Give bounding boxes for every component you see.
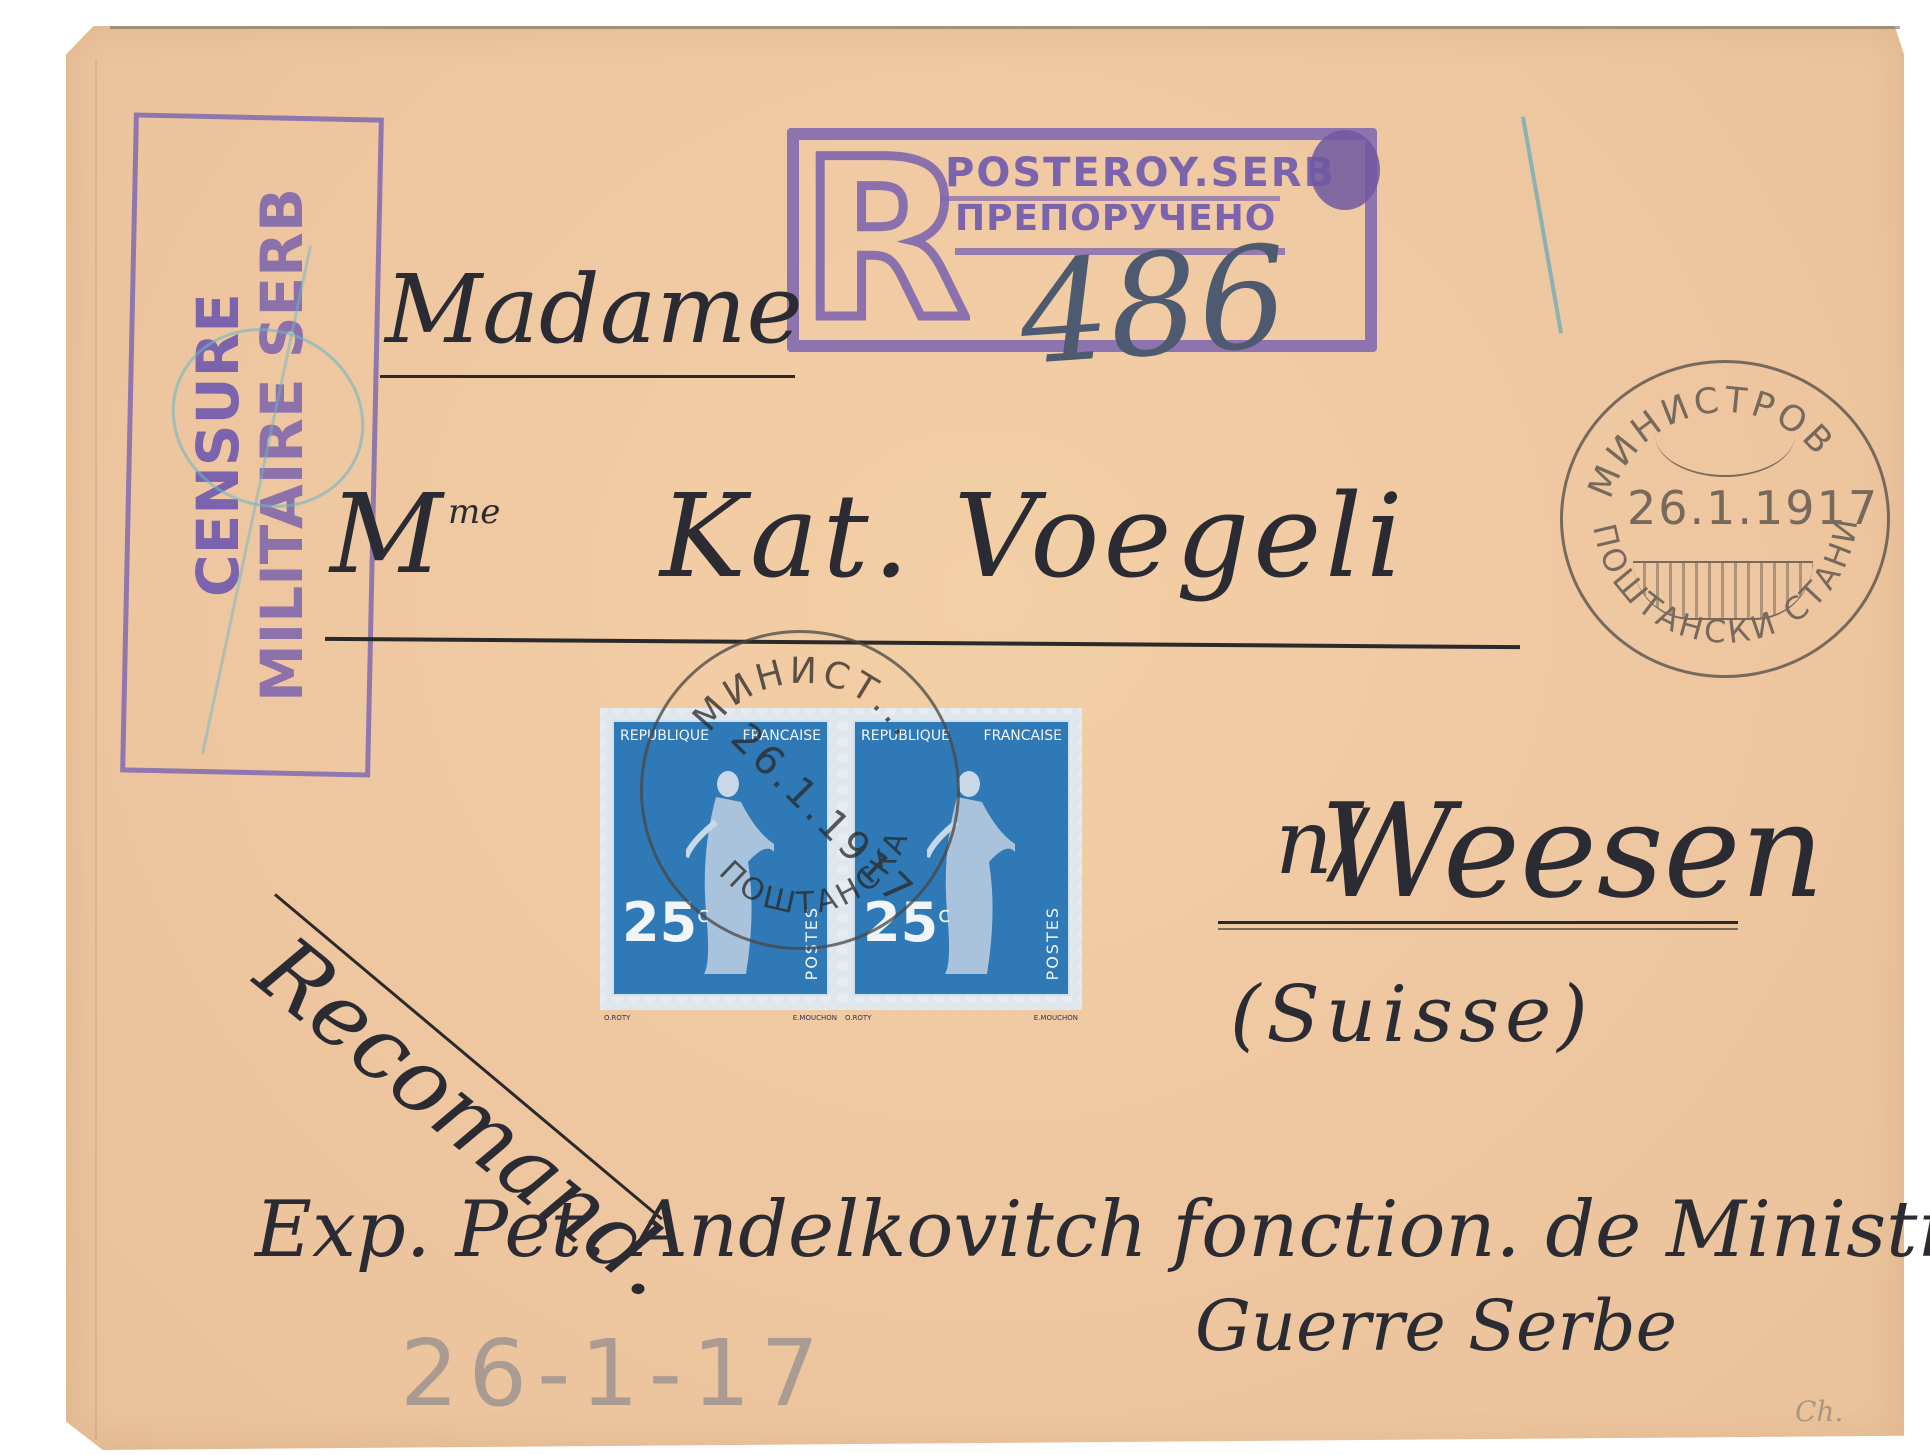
country: (Suisse) [1230,970,1594,1060]
pencil-note: Ch. [1795,1395,1843,1428]
stamp-label: POSTES [1043,906,1062,980]
registration-office: POSTEROY.SERB [945,150,1336,196]
stamp-country-right: FRANCAISE [984,728,1062,744]
underline [1218,921,1738,924]
envelope-fold [95,60,97,1440]
envelope-top-edge [110,26,1900,29]
addressee-name: Kat. Voegeli [660,470,1407,604]
postmark-ring-text: МИНИСТ... ПОШТАНСКА 26.1.1917 [643,633,963,953]
stamp-imprint-left: O.ROTY [845,1014,871,1022]
city: Weesen [1320,775,1824,927]
addressee-title: M [330,470,443,598]
stamp-imprint-left: O.ROTY [604,1014,630,1022]
underline [1218,928,1738,930]
postmark-right: МИНИСТРОВ ПОШТАНСКИ СТАНИЦА 26.1.1917 [1560,360,1890,678]
stamp-imprint-right: E.MOUCHON [1034,1014,1078,1022]
pencil-date: 26-1-17 [400,1320,829,1427]
ink-blot [1310,130,1380,210]
postmark-date: 26.1.1917 [1627,481,1879,535]
sender-line-2: Guerre Serbe [1195,1285,1677,1367]
registration-number: 486 [1015,216,1293,397]
salutation: Madame [385,255,803,365]
svg-text:МИНИСТ...: МИНИСТ... [685,651,928,746]
postmark-on-stamps: МИНИСТ... ПОШТАНСКА 26.1.1917 [640,630,960,950]
stamp-imprint-right: E.MOUCHON [793,1014,837,1022]
sender-line-1: Exp. Pet. Andelkovitch fonction. de Mini… [255,1185,1930,1275]
addressee-title-superscript: me [448,492,500,532]
registration-letter: R [800,140,969,340]
underline [380,375,795,378]
